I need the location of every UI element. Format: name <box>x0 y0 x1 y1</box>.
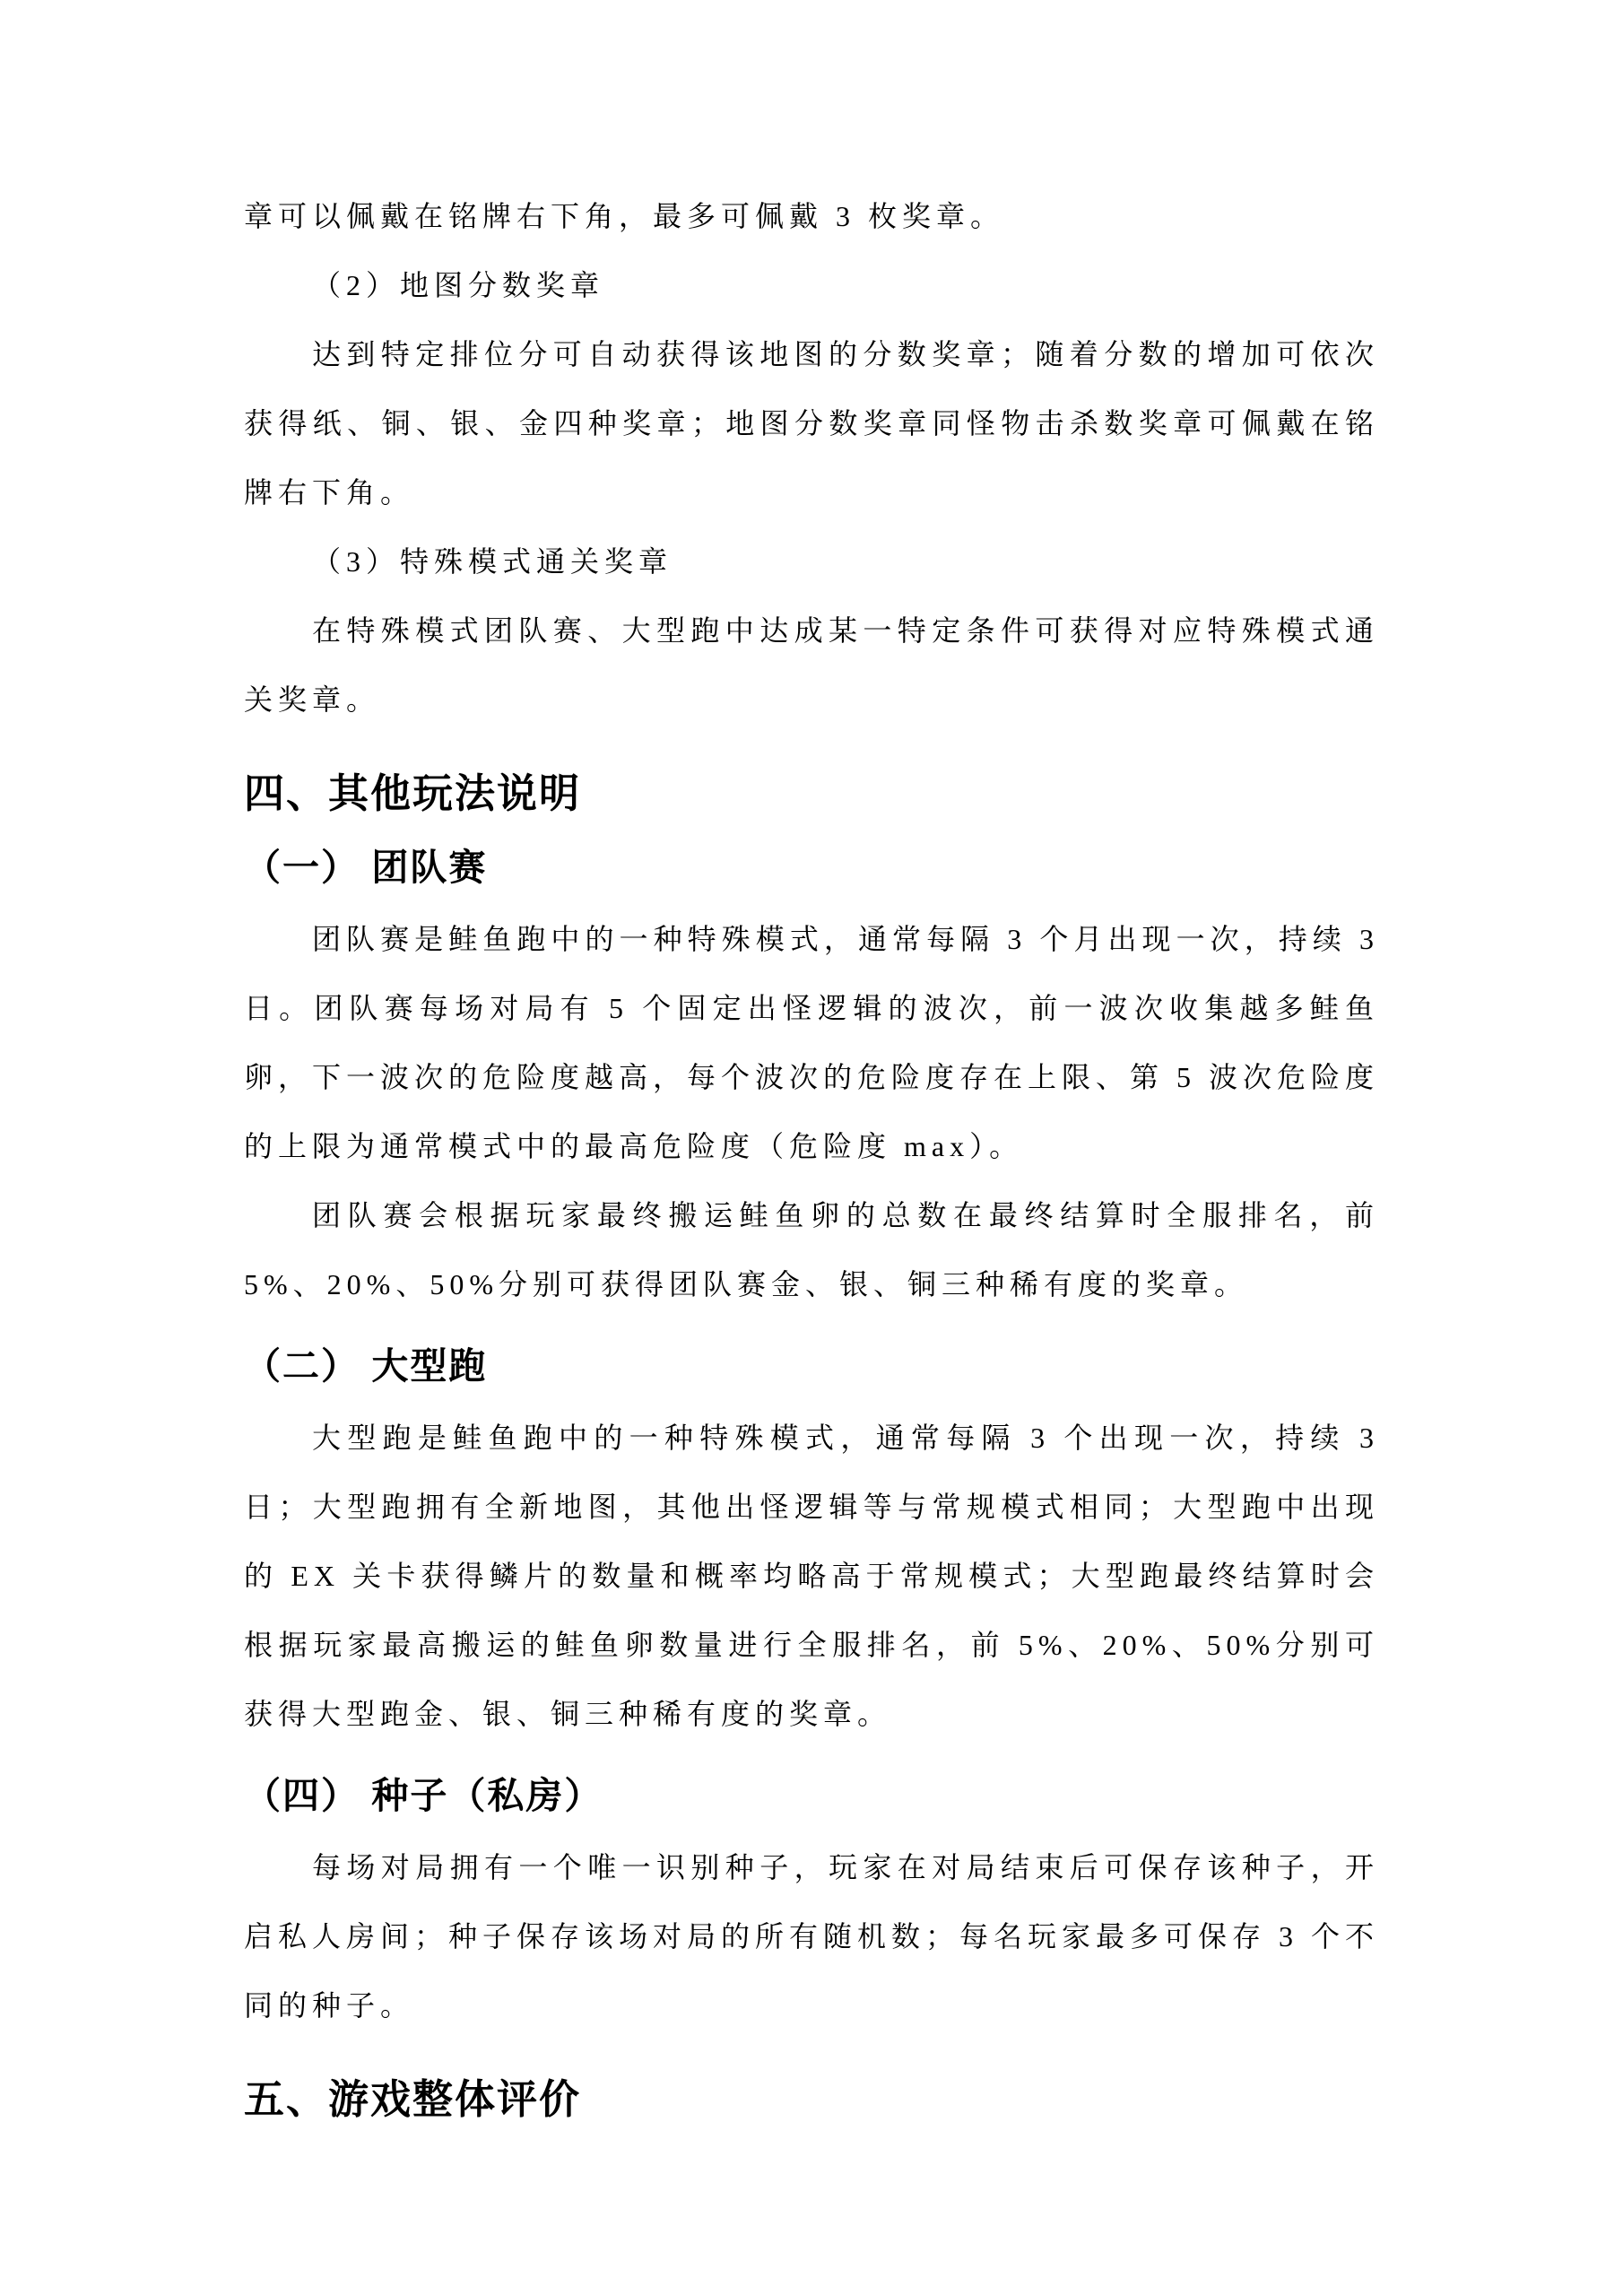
numbered-item-3-special-mode-medal: （3）特殊模式通关奖章 <box>244 527 1379 596</box>
body-paragraph-map-score-medal: 达到特定排位分可自动获得该地图的分数奖章；随着分数的增加可依次获得纸、铜、银、金… <box>244 320 1379 527</box>
subsection-heading-4-seed-private-room: （四） 种子（私房） <box>244 1770 1379 1821</box>
body-paragraph-special-mode-medal: 在特殊模式团队赛、大型跑中达成某一特定条件可获得对应特殊模式通关奖章。 <box>244 596 1379 735</box>
body-paragraph-team-contest-1: 团队赛是鲑鱼跑中的一种特殊模式，通常每隔 3 个月出现一次，持续 3 日。团队赛… <box>244 905 1379 1181</box>
subsection-heading-2-big-run: （二） 大型跑 <box>244 1341 1379 1391</box>
section-heading-5-overall-review: 五、游戏整体评价 <box>244 2073 1379 2126</box>
document-page: 章可以佩戴在铭牌右下角，最多可佩戴 3 枚奖章。 （2）地图分数奖章 达到特定排… <box>0 0 1623 2296</box>
subsection-heading-1-team-contest: （一） 团队赛 <box>244 842 1379 892</box>
body-paragraph-continuation: 章可以佩戴在铭牌右下角，最多可佩戴 3 枚奖章。 <box>244 182 1379 251</box>
body-paragraph-seed: 每场对局拥有一个唯一识别种子，玩家在对局结束后可保存该种子，开启私人房间；种子保… <box>244 1833 1379 2040</box>
body-paragraph-big-run: 大型跑是鲑鱼跑中的一种特殊模式，通常每隔 3 个出现一次，持续 3 日；大型跑拥… <box>244 1404 1379 1749</box>
section-heading-4-other-gameplay: 四、其他玩法说明 <box>244 767 1379 821</box>
numbered-item-2-map-score-medal: （2）地图分数奖章 <box>244 251 1379 320</box>
body-paragraph-team-contest-2: 团队赛会根据玩家最终搬运鲑鱼卵的总数在最终结算时全服排名，前 5%、20%、50… <box>244 1181 1379 1319</box>
